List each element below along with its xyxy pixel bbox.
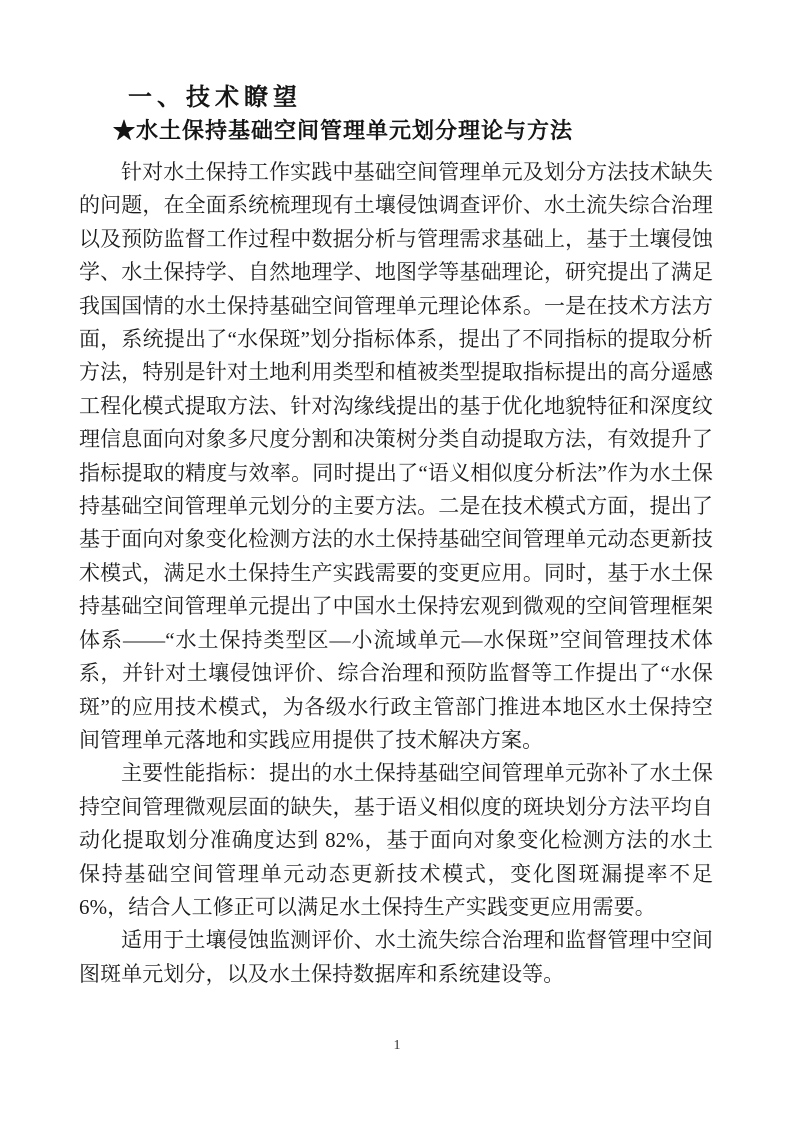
section-title: 一、技术瞭望 bbox=[128, 82, 713, 113]
article-title: ★水土保持基础空间管理单元划分理论与方法 bbox=[113, 115, 713, 146]
page-number: 1 bbox=[0, 1038, 794, 1054]
paragraph-performance-indicators: 主要性能指标：提出的水土保持基础空间管理单元弥补了水土保持空间管理微观层面的缺失… bbox=[79, 757, 713, 924]
paragraph-overview: 针对水土保持工作实践中基础空间管理单元及划分方法技术缺失的问题，在全面系统梳理现… bbox=[79, 156, 713, 757]
paragraph-applicability: 适用于土壤侵蚀监测评价、水土流失综合治理和监督管理中空间图斑单元划分，以及水土保… bbox=[79, 924, 713, 991]
document-page: 一、技术瞭望 ★水土保持基础空间管理单元划分理论与方法 针对水土保持工作实践中基… bbox=[0, 0, 794, 1123]
document-content: 一、技术瞭望 ★水土保持基础空间管理单元划分理论与方法 针对水土保持工作实践中基… bbox=[79, 82, 713, 991]
